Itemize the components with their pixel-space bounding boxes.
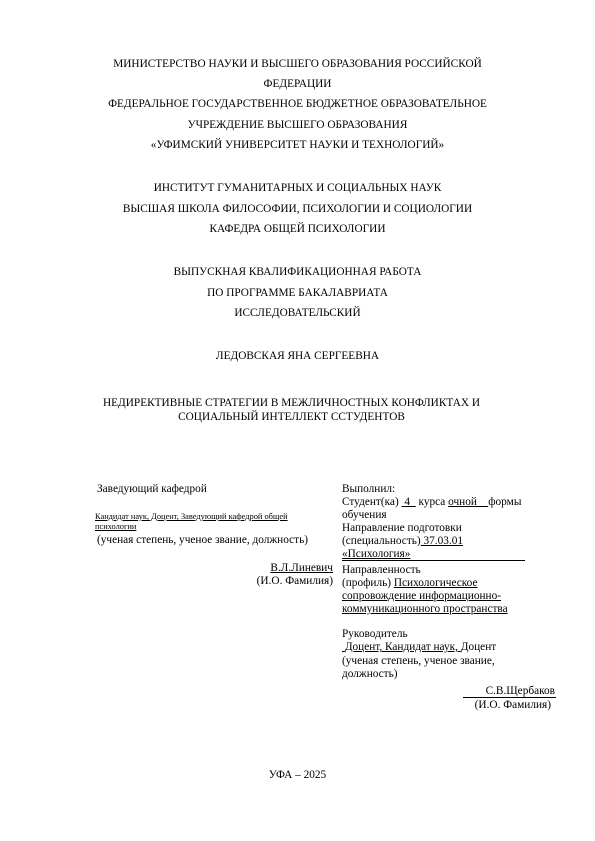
course-number: 4 [402,496,416,508]
profile-line-1: (профиль) Психологическое [342,576,477,590]
direction-label-1: Направление подготовки [342,521,462,535]
supervisor-name: С.В.Щербаков [486,684,555,698]
study-form: очной [448,496,488,508]
ministry-line-2: ФЕДЕРАЦИИ [0,77,595,91]
supervisor-label: Руководитель [342,627,408,641]
direction-code: 37.03.01 [421,535,463,547]
supervisor-position-caption-1: (ученая степень, ученое звание, [342,654,495,668]
head-name: В.Л.Линевич [270,561,333,575]
profile-label-2: (профиль) [342,577,391,589]
direction-underline [342,560,525,561]
head-of-department-label: Заведующий кафедрой [97,482,207,496]
university-name: «УФИМСКИЙ УНИВЕРСИТЕТ НАУКИ И ТЕХНОЛОГИЙ… [0,138,595,152]
supervisor-name-caption: (И.О. Фамилия) [475,698,551,712]
direction-name: «Психология» [342,547,410,561]
supervisor-position-underlined: Доцент, Кандидат наук, [342,641,461,653]
work-title-line-2: СОЦИАЛЬНЫЙ ИНТЕЛЛЕКТ ССТУДЕНТОВ [0,410,589,424]
ministry-line-1: МИНИСТЕРСТВО НАУКИ И ВЫСШЕГО ОБРАЗОВАНИЯ… [0,57,595,71]
profile-text-2: сопровождение информационно- [342,589,501,603]
profile-label-1: Направленность [342,563,421,577]
profile-text-3: коммуникационного пространства [342,602,508,616]
institution-line-1: ФЕДЕРАЛЬНОЕ ГОСУДАРСТВЕННОЕ БЮДЖЕТНОЕ ОБ… [0,97,595,111]
work-title-line-1: НЕДИРЕКТИВНЫЕ СТРАТЕГИИ В МЕЖЛИЧНОСТНЫХ … [0,396,589,410]
student-course-line: Студент(ка) 4 курса очной формы [342,495,521,509]
head-position-line-2: психологии [95,522,136,532]
work-type-line-2: ПО ПРОГРАММЕ БАКАЛАВРИАТА [0,286,595,300]
student-prefix: Студент(ка) [342,496,399,508]
work-kind: ИССЛЕДОВАТЕЛЬСКИЙ [0,306,595,320]
institute-name: ИНСТИТУТ ГУМАНИТАРНЫХ И СОЦИАЛЬНЫХ НАУК [0,181,595,195]
form-word-2: обучения [342,508,387,522]
school-name: ВЫСШАЯ ШКОЛА ФИЛОСОФИИ, ПСИХОЛОГИИ И СОЦ… [0,202,595,216]
direction-line: (специальность) 37.03.01 [342,534,463,548]
institution-line-2: УЧРЕЖДЕНИЕ ВЫСШЕГО ОБРАЗОВАНИЯ [0,118,595,132]
city-year: УФА – 2025 [0,768,595,782]
supervisor-position-line: Доцент, Кандидат наук, Доцент [342,640,496,654]
head-position-line-1: Кандидат наук, Доцент, Заведующий кафедр… [95,512,288,522]
supervisor-position-rest: Доцент [461,641,496,653]
work-type-line-1: ВЫПУСКНАЯ КВАЛИФИКАЦИОННАЯ РАБОТА [0,265,595,279]
author-name: ЛЕДОВСКАЯ ЯНА СЕРГЕЕВНА [0,349,595,363]
course-word: курса [419,496,446,508]
head-position-caption: (ученая степень, ученое звание, должност… [97,533,308,547]
form-word: формы [488,496,521,508]
head-name-caption: (И.О. Фамилия) [257,574,333,588]
profile-text-1: Психологическое [394,577,478,589]
department-name: КАФЕДРА ОБЩЕЙ ПСИХОЛОГИИ [0,222,595,236]
supervisor-position-caption-2: должность) [342,667,398,681]
student-label: Выполнил: [342,482,395,496]
direction-label-2: (специальность) [342,535,421,547]
